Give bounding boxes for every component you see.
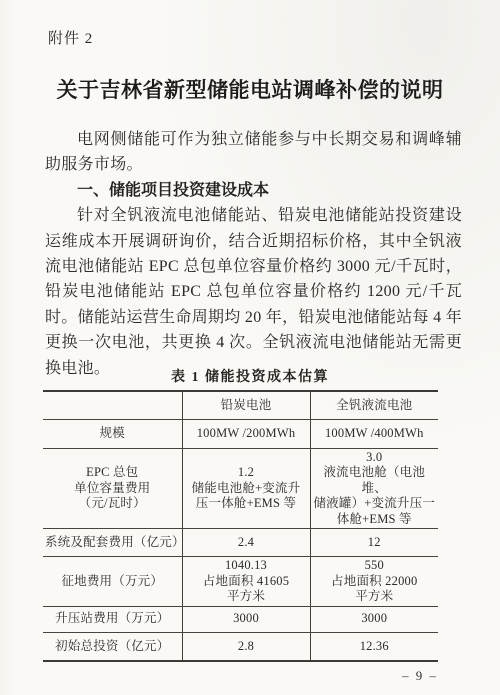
cell-lead-carbon: 100MW /200MWh (182, 419, 310, 448)
cell-vanadium-flow: 100MW /400MWh (310, 419, 438, 448)
section-paragraph: 针对全钒液流电池储能站、铅炭电池储能站投资建设运维成本开展调研询价，结合近期招标… (45, 203, 462, 381)
document-page: 附件 2 关于吉林省新型储能电站调峰补偿的说明 电网侧储能可作为独立储能参与中长… (0, 0, 500, 695)
header-cell-vanadium-flow: 全钒液流电池 (310, 391, 438, 419)
row-label: 系统及配套费用（亿元） (43, 529, 182, 557)
table-row-initial-investment: 初始总投资（亿元） 2.8 12.36 (43, 632, 438, 661)
cell-lead-carbon: 1.2 储能电池舱+变流升 压一体舱+EMS 等 (182, 448, 310, 529)
body-text: 电网侧储能可作为独立储能参与中长期交易和调峰辅助服务市场。 一、储能项目投资建设… (45, 127, 462, 381)
table-row-scale: 规模 100MW /200MWh 100MW /400MWh (43, 419, 438, 448)
intro-paragraph: 电网侧储能可作为独立储能参与中长期交易和调峰辅助服务市场。 (45, 127, 462, 178)
page-number: – 9 – (402, 668, 438, 684)
cell-vanadium-flow: 3.0 液流电池舱（电池堆、 储液罐）+变流升压一 体舱+EMS 等 (310, 448, 438, 529)
cell-lead-carbon: 1040.13 占地面积 41605 平方米 (182, 557, 310, 607)
document-title: 关于吉林省新型储能电站调峰补偿的说明 (0, 74, 500, 104)
row-label: 升压站费用（万元） (43, 606, 182, 632)
cell-vanadium-flow: 550 占地面积 22000 平方米 (310, 557, 438, 607)
table-row-epc-cost: EPC 总包 单位容量费用 （元/瓦时） 1.2 储能电池舱+变流升 压一体舱+… (43, 448, 438, 529)
header-cell-blank (43, 391, 182, 419)
row-label: EPC 总包 单位容量费用 （元/瓦时） (43, 448, 182, 529)
table-row-substation-cost: 升压站费用（万元） 3000 3000 (43, 606, 438, 632)
row-label: 征地费用（万元） (43, 557, 182, 607)
cell-vanadium-flow: 12 (310, 529, 438, 557)
attachment-label: 附件 2 (48, 27, 93, 48)
cell-lead-carbon: 2.4 (182, 529, 310, 557)
cell-lead-carbon: 3000 (182, 606, 310, 632)
cell-vanadium-flow: 12.36 (310, 632, 438, 661)
row-label: 规模 (43, 419, 182, 448)
cell-lead-carbon: 2.8 (182, 632, 310, 661)
table-row-system-cost: 系统及配套费用（亿元） 2.4 12 (43, 529, 438, 557)
table-header-row: 铅炭电池 全钒液流电池 (43, 391, 438, 419)
table-title: 表 1 储能投资成本估算 (0, 366, 500, 386)
table-row-land-cost: 征地费用（万元） 1040.13 占地面积 41605 平方米 550 占地面积… (43, 557, 438, 607)
header-cell-lead-carbon: 铅炭电池 (182, 391, 310, 419)
row-label: 初始总投资（亿元） (43, 632, 182, 661)
section-heading: 一、储能项目投资建设成本 (45, 178, 462, 203)
cost-table: 铅炭电池 全钒液流电池 规模 100MW /200MWh 100MW /400M… (43, 390, 438, 662)
cell-vanadium-flow: 3000 (310, 606, 438, 632)
